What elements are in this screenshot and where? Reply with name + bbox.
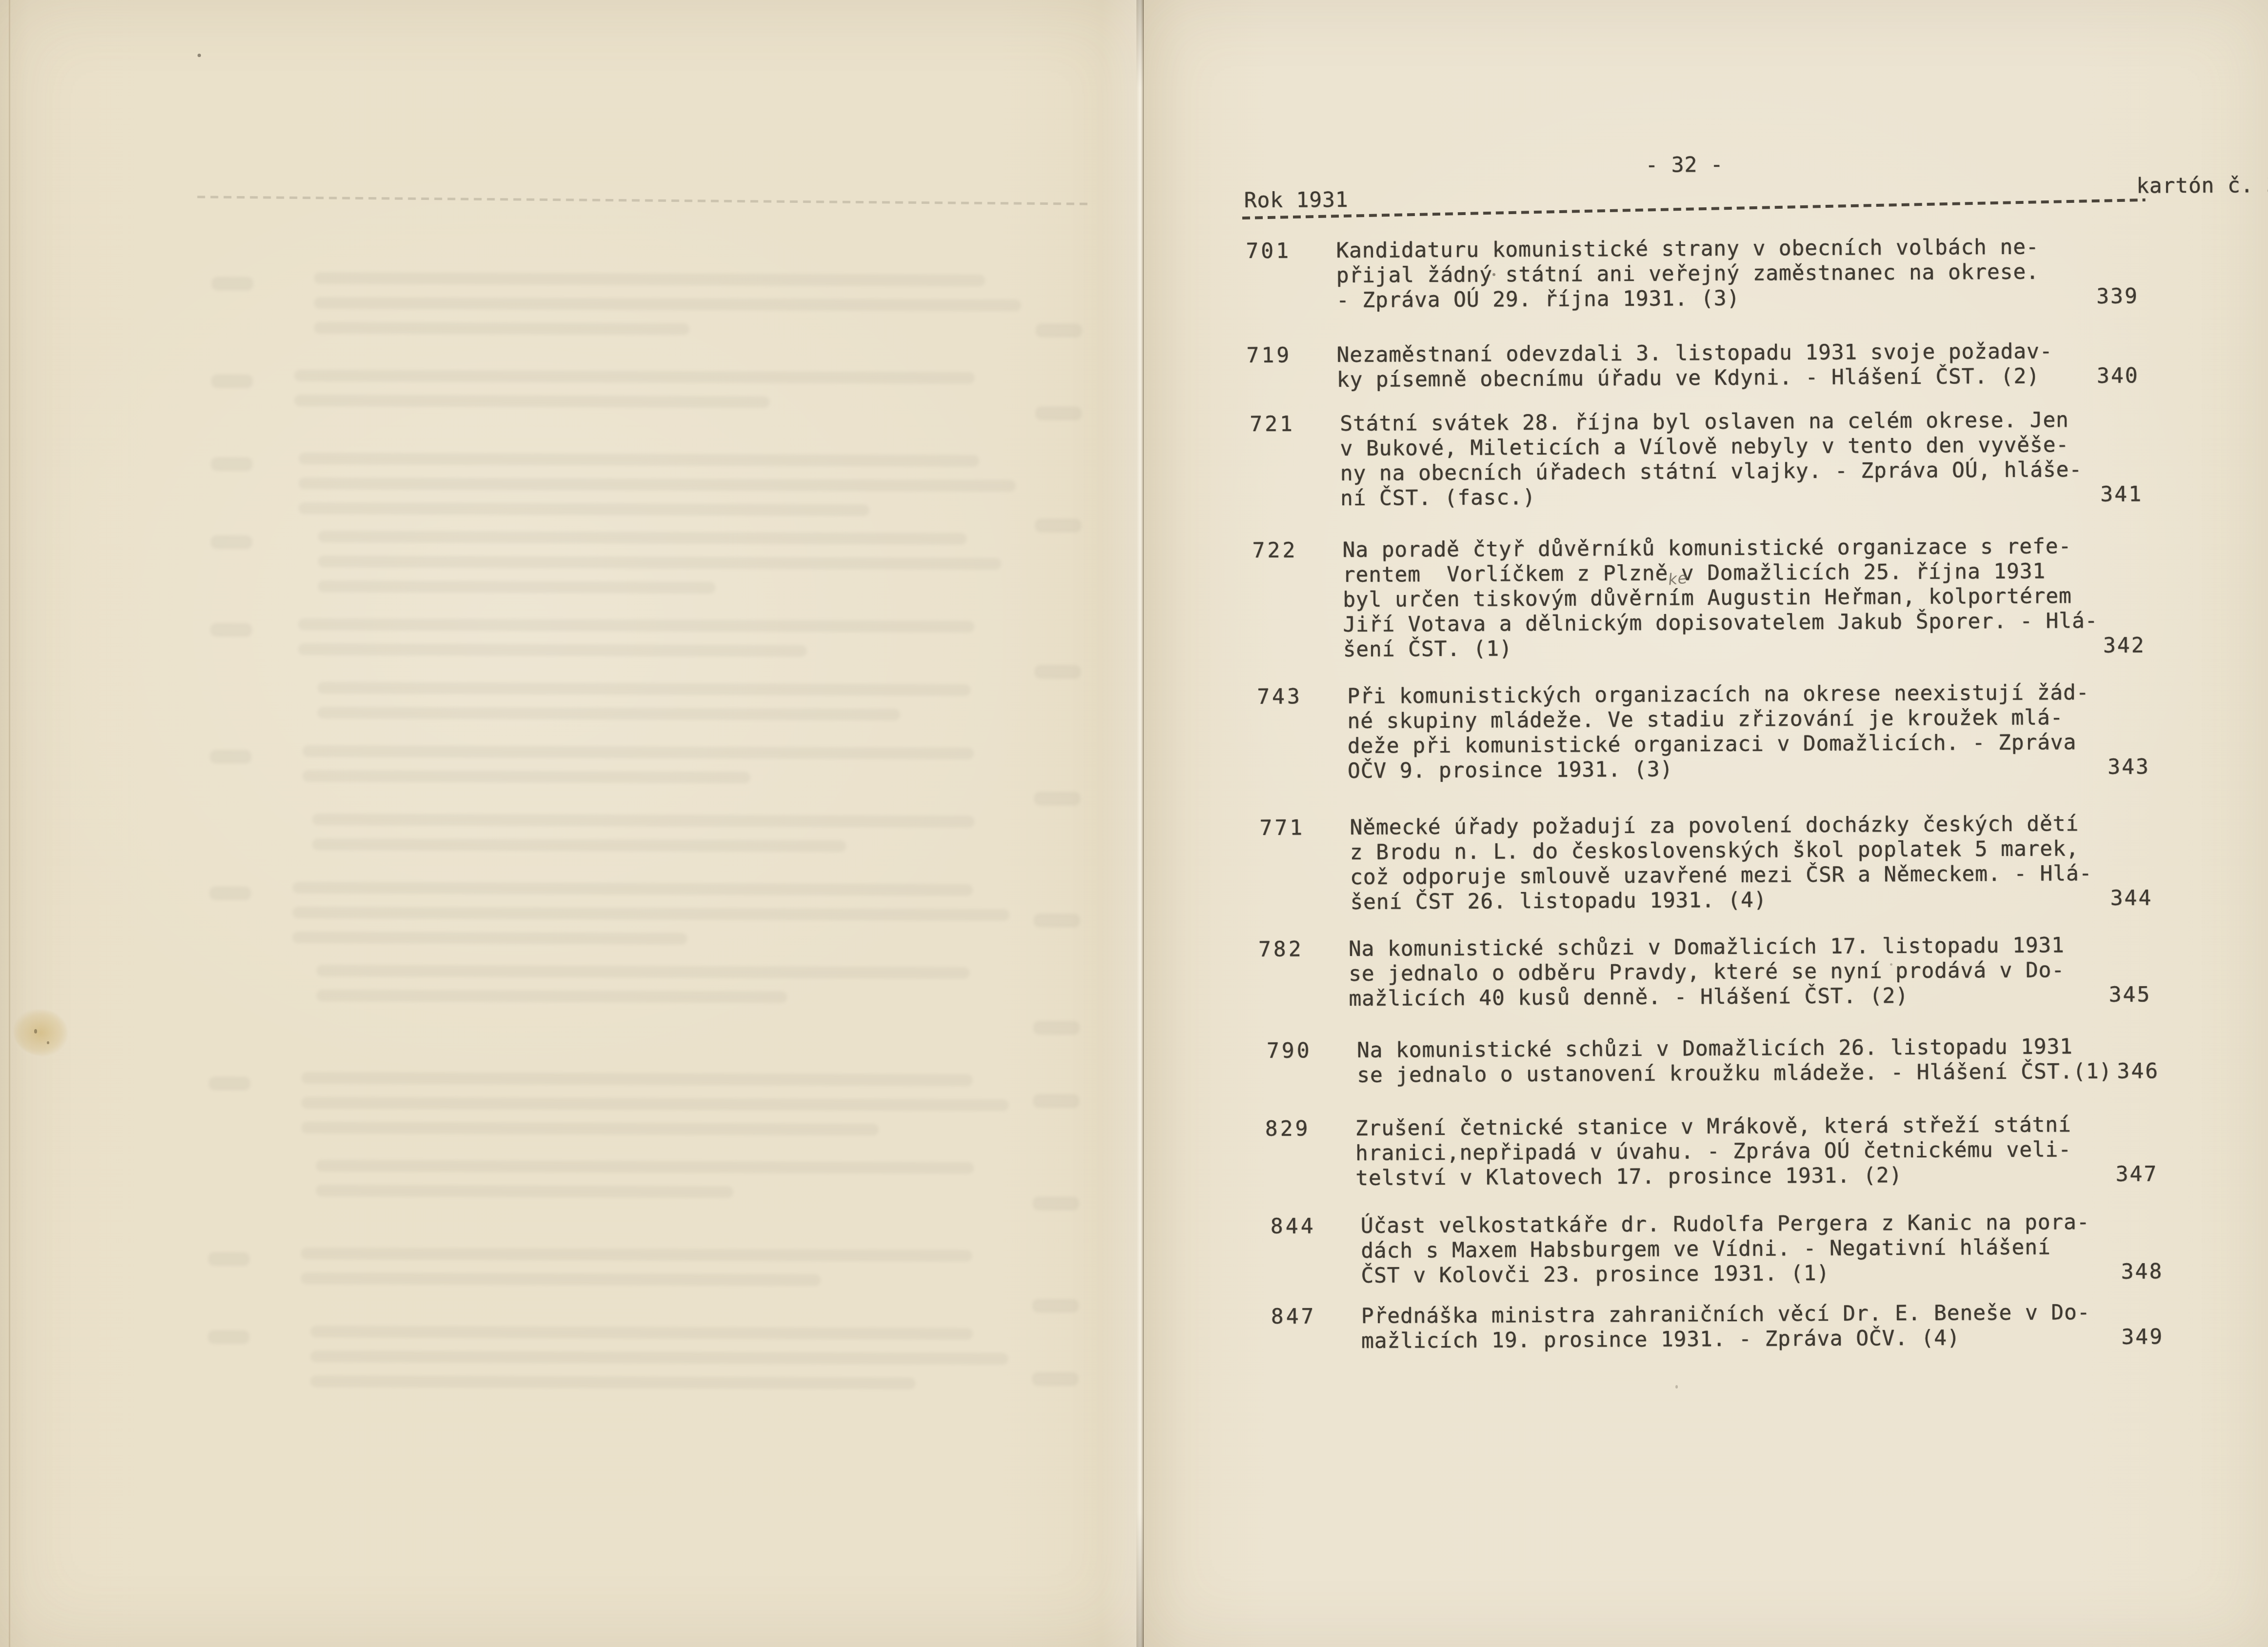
ghost-number	[208, 1252, 250, 1266]
ghost-paragraph	[316, 1160, 1023, 1212]
entry-text: Na komunistické schůzi v Domažlicích 26.…	[1357, 1034, 2112, 1088]
entry-number: 782	[1258, 937, 1304, 962]
ghost-text-line	[301, 1072, 973, 1086]
entry-ref-number: 347	[2115, 1162, 2158, 1187]
ghost-text-line	[317, 965, 970, 979]
ghost-text-line	[292, 932, 687, 945]
entry-number: 771	[1259, 815, 1305, 840]
entry-ref-number: 339	[2096, 284, 2139, 309]
left-page	[0, 0, 1144, 1647]
entry-ref-number: 345	[2109, 982, 2151, 1007]
ghost-paragraph	[310, 1326, 1023, 1403]
entry-number: 844	[1271, 1214, 1316, 1239]
entry-text: Nezaměstnaní odevzdali 3. listopadu 1931…	[1336, 339, 2052, 393]
ghost-number	[211, 457, 253, 471]
ghost-paragraph	[301, 1248, 1023, 1300]
ghost-text-line	[298, 643, 807, 657]
inventory-entry: 743Při komunistických organizacích na ok…	[1257, 680, 2150, 784]
entry-text: Na komunistické schůzi v Domažlicích 17.…	[1349, 933, 2065, 1012]
ghost-number	[211, 535, 252, 549]
ghost-text-line	[310, 1375, 915, 1389]
paper-speck	[198, 54, 201, 57]
entry-ref-number: 340	[2097, 363, 2139, 388]
inventory-entry: 782Na komunistické schůzi v Domažlicích …	[1258, 933, 2151, 1012]
ghost-number	[1035, 518, 1081, 532]
ghost-text-line	[301, 1248, 972, 1262]
ghost-paragraph	[317, 965, 1019, 1017]
ghost-text-line	[299, 453, 979, 467]
inventory-entry: 844Účast velkostatkáře dr. Rudolfa Perge…	[1271, 1210, 2164, 1289]
header-dashed-rule	[1242, 198, 2146, 219]
inventory-entry: 722Na poradě čtyř důvěrníků komunistické…	[1252, 534, 2145, 663]
inventory-entry: 701Kandidaturu komunistické strany v obe…	[1246, 234, 2139, 314]
ghost-number	[209, 886, 251, 900]
entry-number: 719	[1246, 343, 1292, 368]
right-page: - 32 - Rok 1931 kartón č. 3 701Kandidatu…	[1144, 0, 2268, 1647]
entry-text: Při komunistických organizacích na okres…	[1347, 680, 2089, 784]
ghost-number	[212, 277, 253, 290]
ghost-text-line	[316, 1160, 974, 1174]
ghost-paragraph	[301, 1072, 1024, 1149]
entry-text: Kandidaturu komunistické strany v obecní…	[1336, 235, 2039, 314]
ghost-paragraph	[314, 272, 1036, 349]
entry-text: Německé úřady požadují za povolení dochá…	[1350, 812, 2092, 915]
ghost-text-line	[301, 1122, 879, 1135]
ghost-text-line	[301, 1272, 821, 1286]
ghost-number	[208, 1330, 249, 1344]
typed-content: - 32 - Rok 1931 kartón č. 3 701Kandidatu…	[1140, 0, 2268, 1647]
entry-number: 790	[1267, 1038, 1312, 1063]
ghost-paragraph	[298, 618, 1025, 671]
ghost-paragraph	[318, 531, 1016, 608]
ghost-text-line	[294, 370, 975, 384]
ghost-number	[209, 1076, 250, 1090]
ghost-paragraph	[292, 882, 1024, 959]
inventory-entry: 771Německé úřady požadují za povolení do…	[1259, 811, 2152, 915]
entry-number: 829	[1265, 1116, 1311, 1141]
ghost-text-line	[298, 477, 1015, 492]
ghost-number	[1034, 913, 1080, 927]
ghost-number	[1033, 1021, 1079, 1034]
stain-speck	[47, 1041, 49, 1044]
ghost-paragraph	[302, 745, 1024, 797]
inventory-entry: 790Na komunistické schůzi v Domažlicích …	[1267, 1034, 2160, 1089]
ghost-paragraph	[312, 814, 1024, 866]
ghost-text-line	[314, 297, 1021, 311]
ghost-text-line	[318, 556, 1001, 570]
entry-ref-number: 348	[2121, 1259, 2163, 1284]
entry-number: 847	[1271, 1304, 1316, 1329]
entry-number: 722	[1252, 538, 1297, 563]
ghost-text-line	[312, 838, 846, 852]
page-number: - 32 -	[1621, 153, 1748, 178]
entry-ref-number: 349	[2121, 1325, 2164, 1349]
paper-speck	[1675, 1385, 1678, 1389]
ghost-number	[1032, 1372, 1078, 1386]
ghost-text-line	[294, 395, 770, 408]
ghost-number	[1033, 1196, 1079, 1210]
ghost-number	[1035, 406, 1082, 420]
ghost-number	[211, 374, 253, 388]
ghost-text-line	[301, 1097, 1009, 1111]
ghost-number	[1035, 323, 1082, 337]
bleed-through-layer	[0, 0, 1147, 1647]
entry-list: 701Kandidaturu komunistické strany v obe…	[1140, 0, 2264, 0]
stain-speck	[34, 1029, 37, 1033]
inventory-entry: 829Zrušení četnické stanice v Mrákově, k…	[1265, 1112, 2158, 1191]
ghost-text-line	[292, 882, 973, 896]
ghost-text-line	[310, 1326, 973, 1340]
entry-number: 743	[1257, 684, 1302, 709]
entry-text: Zrušení četnické stanice v Mrákově, kter…	[1355, 1112, 2072, 1191]
carton-label: kartón č. 3	[1997, 173, 2268, 199]
entry-text: Státní svátek 28. října byl oslaven na c…	[1340, 408, 2082, 511]
ghost-number	[1033, 1299, 1079, 1312]
inventory-entry: 847Přednáška ministra zahraničních věcí …	[1271, 1300, 2164, 1354]
entry-ref-number: 343	[2108, 754, 2150, 779]
entry-number: 721	[1250, 412, 1295, 437]
ghost-text-line	[314, 272, 985, 286]
ghost-text-line	[318, 531, 967, 545]
ghost-text-line	[316, 1185, 733, 1198]
ghost-number	[1034, 792, 1080, 805]
entry-text: Přednáška ministra zahraničních věcí Dr.…	[1361, 1300, 2090, 1354]
ghost-text-line	[298, 502, 869, 516]
ghost-number	[1035, 665, 1081, 678]
ghost-number	[1033, 1094, 1079, 1108]
paper-speck	[1890, 963, 1892, 966]
inventory-entry: 719Nezaměstnaní odevzdali 3. listopadu 1…	[1246, 338, 2139, 393]
entry-ref-number: 344	[2110, 886, 2152, 911]
ghost-text-line	[318, 580, 716, 594]
year-label: Rok 1931	[1244, 188, 1349, 213]
ghost-text-line	[317, 990, 787, 1003]
ghost-text-line	[302, 770, 750, 783]
paper-speck	[1492, 273, 1495, 276]
ghost-text-line	[292, 907, 1009, 921]
ghost-paragraph	[298, 453, 1031, 530]
ghost-paragraph	[294, 370, 1026, 422]
ghost-text-line	[298, 618, 974, 633]
ghost-number	[210, 750, 251, 763]
ghost-text-line	[314, 322, 690, 335]
book-spread: - 32 - Rok 1931 kartón č. 3 701Kandidatu…	[0, 0, 2268, 1647]
handwritten-annotation: ke	[1667, 568, 1689, 589]
entry-text: Na poradě čtyř důvěrníků komunistické or…	[1342, 534, 2098, 662]
entry-ref-number: 341	[2100, 482, 2143, 507]
ghost-text-line	[302, 745, 974, 759]
ghost-text-line	[318, 682, 971, 696]
ghost-text-line	[318, 707, 900, 720]
ghost-paragraph	[318, 682, 1020, 734]
ghost-number	[210, 623, 252, 636]
ghost-text-line	[310, 1350, 1008, 1365]
entry-ref-number: 346	[2117, 1059, 2159, 1084]
ghost-text-line	[312, 814, 975, 828]
entry-text: Účast velkostatkáře dr. Rudolfa Pergera …	[1361, 1210, 2090, 1289]
ghost-dashed-rule	[197, 196, 1090, 205]
entry-ref-number: 342	[2103, 633, 2146, 658]
inventory-entry: 721Státní svátek 28. října byl oslaven n…	[1250, 407, 2143, 512]
entry-number: 701	[1246, 239, 1291, 264]
